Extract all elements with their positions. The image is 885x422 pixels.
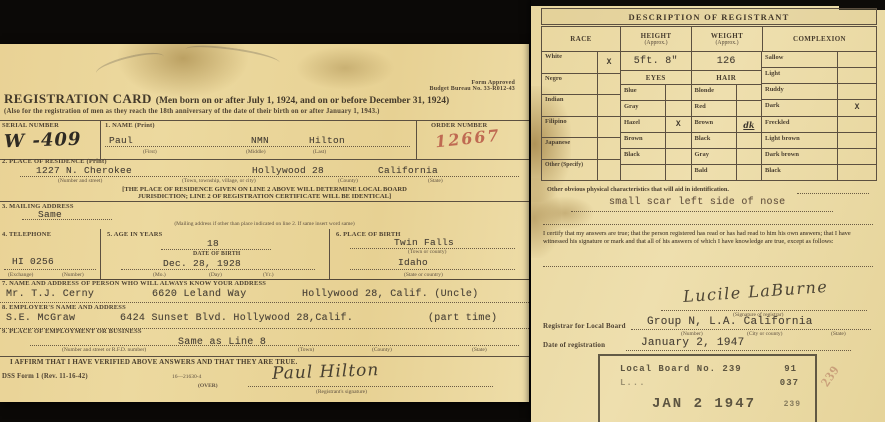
- birthplace-state-baseline: [350, 269, 515, 270]
- local-board-stamp: Local Board No. 239 91 L... 037 JAN 2 19…: [598, 354, 817, 422]
- race-checkmark: X: [598, 52, 620, 73]
- birthplace-town-value: Twin Falls: [394, 237, 454, 248]
- print-code: 16—21630-4: [172, 374, 201, 380]
- stamp-number-239: 239: [784, 400, 801, 409]
- weight-approx-label: (Approx.): [715, 40, 738, 46]
- complexion-option-label: Freckled: [762, 117, 838, 132]
- employment-value: Same as Line 8: [178, 337, 266, 348]
- contact-field: 7. NAME AND ADDRESS OF PERSON WHO WILL A…: [0, 279, 529, 303]
- residence-street-value: 1227 N. Cherokee: [36, 165, 132, 176]
- registrar-board-baseline: [631, 329, 871, 330]
- jurisdiction-note-line1: [THE PLACE OF RESIDENCE GIVEN ON LINE 2 …: [0, 186, 529, 193]
- residence-sub-state: (State): [428, 178, 443, 184]
- eyes-hair-row: Black Gray: [621, 149, 761, 165]
- eyes-hair-row: Bald: [621, 165, 761, 180]
- card-subtitle: (Also for the registration of men as the…: [4, 108, 380, 115]
- employment-field: 9. PLACE OF EMPLOYMENT OR BUSINESS Same …: [0, 328, 529, 357]
- telephone-sub-exchange: (Exchange): [8, 272, 33, 278]
- description-header: DESCRIPTION OF REGISTRANT: [541, 8, 877, 25]
- over-note: (OVER): [198, 383, 218, 389]
- race-row: Japanese: [542, 138, 620, 160]
- registration-card-front: Form Approved Budget Bureau No. 33-R012-…: [0, 44, 529, 402]
- registrar-signature: Lucile LaBurne: [683, 277, 829, 306]
- complexion-option-label: Black: [762, 165, 838, 180]
- hair-header-label: HAIR: [716, 74, 736, 82]
- eye-option-label: [621, 165, 666, 180]
- age-value: 18: [207, 238, 219, 249]
- pencil-scribble: [184, 44, 280, 71]
- scan-background: Form Approved Budget Bureau No. 33-R012-…: [0, 0, 885, 422]
- dob-label: DATE OF BIRTH: [193, 251, 241, 257]
- complexion-checkmark: [838, 117, 876, 132]
- race-option-label: Japanese: [542, 138, 598, 159]
- race-column: White X Negro Indian Filipino: [542, 52, 621, 180]
- telephone-baseline: [4, 269, 96, 270]
- stamp-board-line: Local Board No. 239: [620, 364, 742, 374]
- serial-number-value: W -409: [4, 129, 82, 153]
- employment-sub-state: (State): [472, 347, 487, 353]
- complexion-checkmark: [838, 68, 876, 83]
- race-row: Other (Specify): [542, 160, 620, 181]
- employment-sub-street: (Number and street or R.F.D. number): [62, 347, 146, 353]
- eye-checkmark: X: [666, 120, 690, 129]
- dob-sub-month: (Mo.): [153, 272, 166, 278]
- height-approx-label: (Approx.): [644, 40, 667, 46]
- weight-value: 126: [717, 56, 736, 67]
- registration-date-label: Date of registration: [543, 341, 605, 349]
- hair-option-label: Black: [692, 133, 737, 148]
- complexion-row: Light brown: [762, 133, 876, 149]
- birthplace-label: 6. PLACE OF BIRTH: [336, 231, 401, 238]
- complexion-checkmark: [838, 52, 876, 67]
- row-phone-age-birth: 4. TELEPHONE HI 0256 (Exchange) (Number)…: [0, 229, 529, 280]
- eyes-hair-row: Blue Blonde: [621, 85, 761, 101]
- employer-field: 8. EMPLOYER'S NAME AND ADDRESS S.E. McGr…: [0, 302, 529, 329]
- eye-option-label: Gray: [621, 101, 666, 116]
- stamp-date: JAN 2 1947: [652, 396, 756, 412]
- employment-label: 9. PLACE OF EMPLOYMENT OR BUSINESS: [2, 328, 142, 335]
- height-header-label: HEIGHT: [641, 32, 672, 40]
- employment-sub-town: (Town): [298, 347, 314, 353]
- registrar-signature-baseline: [661, 310, 867, 311]
- eyes-header-label: EYES: [646, 74, 666, 82]
- eye-option-label: Hazel: [621, 117, 666, 132]
- race-row: White X: [542, 52, 620, 74]
- scan-edge-strip: [531, 0, 885, 6]
- description-table: RACE HEIGHT (Approx.) WEIGHT (Approx.) C…: [541, 26, 877, 181]
- race-checkmark: [598, 95, 620, 116]
- eye-option-label: Brown: [621, 133, 666, 148]
- serial-number-label: SERIAL NUMBER: [2, 122, 59, 129]
- stamp-city-line: L...: [620, 378, 646, 388]
- name-label: 1. NAME (Print): [105, 122, 155, 129]
- hair-option-label: Bald: [692, 165, 737, 180]
- dob-value: Dec. 28, 1928: [163, 258, 241, 269]
- rule: [543, 266, 873, 267]
- paper-stain: [295, 46, 395, 90]
- height-weight-values: 5ft. 8" 126: [621, 52, 761, 71]
- hair-option-label: Red: [692, 101, 737, 116]
- contact-city-value: Hollywood 28, Calif. (Uncle): [302, 289, 478, 300]
- complexion-header-cell: COMPLEXION: [763, 27, 876, 51]
- stamp-number-037: 037: [780, 378, 799, 388]
- race-row: Indian: [542, 95, 620, 117]
- height-value: 5ft. 8": [634, 56, 678, 67]
- eyes-hair-row: Gray Red: [621, 101, 761, 117]
- height-header-cell: HEIGHT (Approx.): [621, 27, 692, 51]
- complexion-row: Freckled: [762, 117, 876, 133]
- residence-sub-town: (Town, township, village, or city): [182, 178, 256, 184]
- complexion-row: Light: [762, 68, 876, 84]
- name-baseline: [105, 146, 410, 147]
- complexion-option-label: Light brown: [762, 133, 838, 148]
- telephone-sub-number: (Number): [62, 272, 84, 278]
- residence-field: 2. PLACE OF RESIDENCE (Print) 1227 N. Ch…: [0, 158, 529, 186]
- mailing-sub: (Mailing address if other than place ind…: [0, 221, 529, 227]
- dob-baseline: [121, 269, 315, 270]
- registrar-sub-state: (State): [831, 331, 846, 337]
- contact-street-value: 6620 Leland Way: [152, 289, 247, 300]
- eyes-hair-row: Brown Black: [621, 133, 761, 149]
- complexion-column: Sallow Light Ruddy Dark X: [762, 52, 876, 180]
- employment-baseline: [30, 345, 519, 346]
- race-checkmark: [598, 74, 620, 95]
- race-row: Filipino: [542, 117, 620, 139]
- hair-option-label: Gray: [692, 149, 737, 164]
- complexion-checkmark: [838, 149, 876, 164]
- birthplace-town-sub: (Town or county): [408, 249, 446, 255]
- registrar-certification-text: I certify that my answers are true; that…: [543, 230, 873, 247]
- complexion-checkmark: X: [838, 100, 876, 115]
- row-serial-name-order: SERIAL NUMBER W -409 1. NAME (Print) Pau…: [0, 120, 529, 160]
- complexion-checkmark: [838, 133, 876, 148]
- complexion-checkmark: [838, 165, 876, 180]
- registration-date-value: January 2, 1947: [641, 337, 745, 349]
- complexion-option-label: Light: [762, 68, 838, 83]
- other-characteristics-leader: [797, 193, 869, 194]
- name-field: 1. NAME (Print) Paul NMN Hilton (First) …: [101, 121, 417, 159]
- employment-sub-county: (County): [372, 347, 392, 353]
- affirmation-text: I AFFIRM THAT I HAVE VERIFIED ABOVE ANSW…: [10, 358, 297, 366]
- race-checkmark: [598, 117, 620, 138]
- age-label: 5. AGE IN YEARS: [107, 231, 163, 238]
- race-header-cell: RACE: [542, 27, 621, 51]
- name-middle-value: NMN: [251, 135, 269, 146]
- mailing-field: 3. MAILING ADDRESS Same (Mailing address…: [0, 202, 529, 229]
- telephone-label: 4. TELEPHONE: [2, 231, 51, 238]
- registrar-board-value: Group N, L.A. California: [647, 316, 813, 328]
- race-option-label: Indian: [542, 95, 598, 116]
- contact-name-value: Mr. T.J. Cerny: [6, 289, 94, 300]
- pencil-scribble: [94, 48, 166, 82]
- card-title: REGISTRATION CARD: [4, 91, 152, 106]
- weight-header-cell: WEIGHT (Approx.): [692, 27, 763, 51]
- faint-stamp-239: 239: [817, 362, 843, 390]
- mailing-baseline: [22, 219, 112, 220]
- race-header-label: RACE: [570, 35, 591, 43]
- employer-name-value: S.E. McGraw: [6, 313, 75, 324]
- complexion-checkmark: [838, 84, 876, 99]
- telephone-value: HI 0256: [12, 256, 54, 267]
- contact-label: 7. NAME AND ADDRESS OF PERSON WHO WILL A…: [2, 280, 266, 287]
- form-id: DSS Form 1 (Rev. 11-16-42): [2, 373, 88, 380]
- complexion-option-label: Sallow: [762, 52, 838, 67]
- employer-label: 8. EMPLOYER'S NAME AND ADDRESS: [2, 304, 126, 311]
- residence-city-value: Hollywood 28: [252, 165, 324, 176]
- employer-address-value: 6424 Sunset Blvd. Hollywood 28,Calif.: [120, 313, 353, 324]
- card-title-row: REGISTRATION CARD (Men born on or after …: [4, 90, 526, 108]
- order-number-field: ORDER NUMBER 12667: [417, 121, 529, 159]
- registrant-description-back: DESCRIPTION OF REGISTRANT RACE HEIGHT (A…: [531, 0, 885, 422]
- eye-option-label: Black: [621, 149, 666, 164]
- description-table-header: RACE HEIGHT (Approx.) WEIGHT (Approx.) C…: [542, 27, 876, 52]
- serial-number-field: SERIAL NUMBER W -409: [0, 121, 101, 159]
- eyes-hair-rows: Blue Blonde Gray Red Hazel: [621, 85, 761, 180]
- complexion-option-label: Ruddy: [762, 84, 838, 99]
- complexion-option-label: Dark brown: [762, 149, 838, 164]
- age-baseline: [161, 249, 271, 250]
- stamp-number-91: 91: [784, 364, 797, 374]
- birthplace-state-value: Idaho: [398, 257, 428, 268]
- complexion-header-label: COMPLEXION: [793, 35, 846, 43]
- age-dob-field: 5. AGE IN YEARS 18 DATE OF BIRTH Dec. 28…: [101, 229, 330, 279]
- complexion-row: Dark brown: [762, 149, 876, 165]
- order-number-value: 12667: [434, 126, 501, 152]
- weight-header-label: WEIGHT: [711, 32, 743, 40]
- jurisdiction-note-line2: JURISDICTION; LINE 2 OF REGISTRATION CER…: [0, 193, 529, 200]
- race-checkmark: [598, 138, 620, 159]
- residence-label: 2. PLACE OF RESIDENCE (Print): [2, 158, 107, 165]
- complexion-row: Black: [762, 165, 876, 180]
- employer-note-value: (part time): [428, 313, 497, 324]
- race-row: Negro: [542, 74, 620, 96]
- complexion-row: Sallow: [762, 52, 876, 68]
- dob-sub-year: (Yr.): [263, 272, 274, 278]
- name-sub-middle: (Middle): [246, 149, 266, 155]
- card-title-note: (Men born on or after July 1, 1924, and …: [156, 96, 449, 106]
- height-weight-eyes-hair-column: 5ft. 8" 126 EYES HAIR Blue Blonde: [621, 52, 762, 180]
- registrar-board-label: Registrar for Local Board: [543, 322, 626, 330]
- race-option-label: Filipino: [542, 117, 598, 138]
- registrant-signature-sub: (Registrant's signature): [316, 389, 367, 395]
- race-checkmark: [598, 160, 620, 181]
- residence-sub-street: (Number and street): [58, 178, 102, 184]
- eye-option-label: Blue: [621, 85, 666, 100]
- dob-sub-day: (Day): [209, 272, 222, 278]
- residence-state-value: California: [378, 165, 438, 176]
- hair-checkmark: dk: [737, 120, 761, 130]
- jurisdiction-note: [THE PLACE OF RESIDENCE GIVEN ON LINE 2 …: [0, 186, 529, 201]
- registration-date-baseline: [626, 350, 851, 351]
- race-option-label: Other (Specify): [542, 160, 598, 181]
- registrant-signature: Paul Hilton: [272, 360, 380, 384]
- other-characteristics-baseline: [571, 211, 833, 212]
- name-last-value: Hilton: [309, 135, 345, 146]
- birthplace-state-sub: (State or country): [404, 272, 443, 278]
- residence-sub-county: (County): [338, 178, 358, 184]
- other-characteristics-value: small scar left side of nose: [609, 197, 785, 208]
- race-option-label: Negro: [542, 74, 598, 95]
- eyes-hair-row: Hazel X Brown dk: [621, 117, 761, 133]
- signature-baseline: [248, 386, 493, 387]
- name-sub-last: (Last): [313, 149, 326, 155]
- registrar-sub-city: (City or county): [747, 331, 782, 337]
- rule: [543, 224, 873, 225]
- birthplace-field: 6. PLACE OF BIRTH Twin Falls (Town or co…: [330, 229, 529, 279]
- hair-option-label: Brown: [692, 117, 737, 132]
- name-first-value: Paul: [109, 135, 133, 146]
- residence-baseline: [20, 176, 519, 177]
- complexion-option-label: Dark: [762, 100, 838, 115]
- hair-option-label: Blonde: [692, 85, 737, 100]
- telephone-field: 4. TELEPHONE HI 0256 (Exchange) (Number): [0, 229, 101, 279]
- description-table-body: White X Negro Indian Filipino: [542, 52, 876, 180]
- eyes-hair-header: EYES HAIR: [621, 71, 761, 85]
- other-characteristics-label: Other obvious physical characteristics t…: [547, 186, 729, 193]
- name-sub-first: (First): [143, 149, 157, 155]
- complexion-row: Dark X: [762, 100, 876, 116]
- complexion-row: Ruddy: [762, 84, 876, 100]
- race-option-label: White: [542, 52, 598, 73]
